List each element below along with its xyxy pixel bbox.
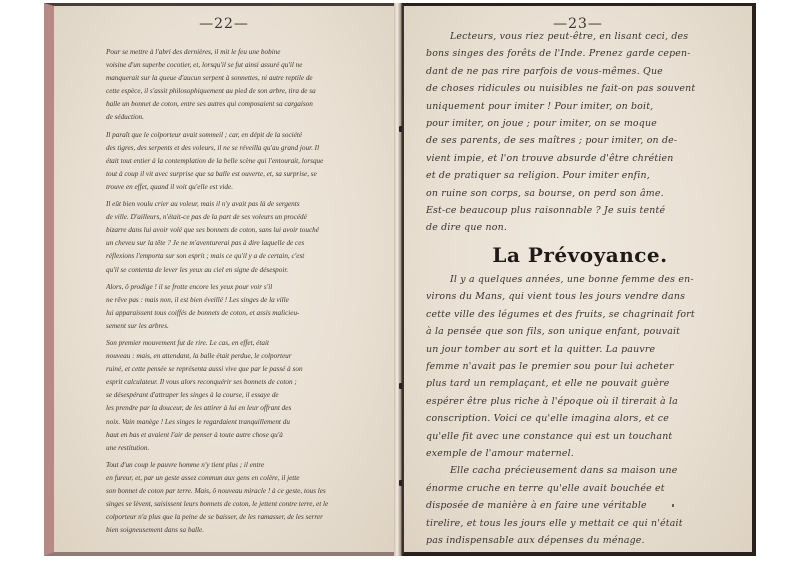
text-line: dant de ne pas rire parfois de vous-même… [426,63,734,80]
text-line: exemple de l'amour maternel. [426,445,734,462]
right-page-text: Lecteurs, vous riez peut-être, en lisant… [426,28,734,549]
text-line: Il paraît que le colporteur avait sommei… [84,129,374,142]
text-line: voisine d'un superbe cocotier, et, lorsq… [84,59,374,72]
text-line: lui apparaissent tous coiffés de bonnets… [84,307,374,320]
text-line: énorme cruche en terre qu'elle avait bou… [426,480,734,497]
paragraph: Il eût bien voulu crier au voleur, mais … [84,198,374,277]
text-line: noix. Vain manège ! Les singes le regard… [84,416,374,429]
text-line: à la pensée que son fils, son unique enf… [426,323,734,340]
open-book: —22— Pour se mettre à l'abri des dernièr… [44,3,756,556]
text-line: singes se lèvent, saisissent leurs bonne… [84,498,374,511]
text-line: en fureur, et, par un geste assez commun… [84,472,374,485]
text-line: Est-ce beaucoup plus raisonnable ? Je su… [426,202,734,219]
text-line: Alors, ô prodige ! il se frotte encore l… [84,281,374,294]
text-line: Il y a quelques années, une bonne femme … [426,271,734,288]
text-line: pour imiter, on joue ; pour imiter, on s… [426,115,734,132]
text-line: haut en bas et avaient l'air de penser à… [84,429,374,442]
paragraph: Tout d'un coup le pauvre homme n'y tient… [84,459,374,538]
text-line: disposée de manière à en faire une vérit… [426,497,734,514]
text-line: de ses parents, de ses maîtres ; pour im… [426,132,734,149]
text-line: Il eût bien voulu crier au voleur, mais … [84,198,374,211]
text-line: femme n'avait pas le premier sou pour lu… [426,358,734,375]
paper-speck [672,504,674,507]
text-line: espérer être plus riche à l'époque où il… [426,393,734,410]
text-line: Pour se mettre à l'abri des dernières, i… [84,46,374,59]
text-line: esprit calculateur. Il vous alors reconq… [84,376,374,389]
text-line: bons singes des forêts de l'Inde. Prenez… [426,45,734,62]
text-line: son bonnet de coton par terre. Mais, ô n… [84,485,374,498]
text-line: plus tard un remplaçant, et elle ne pouv… [426,375,734,392]
text-line: colporteur n'a plus que la peine de se b… [84,511,374,524]
text-line: des tigres, des serpents et des voleurs,… [84,142,374,155]
text-line: bizarre dans lui avoir volé que ses bonn… [84,224,374,237]
text-line: Elle cacha précieusement dans sa maison … [426,462,734,479]
text-line: sement sur les arbres. [84,320,374,333]
text-line: et de pratiquer sa religion. Pour imiter… [426,167,734,184]
chapter-title: La Prévoyance. [426,243,734,267]
text-line: ruiné, et cette pensée se représenta aus… [84,363,374,376]
text-line: tout à coup il vit avec surprise que sa … [84,168,374,181]
text-line: qu'elle fit avec une constance qui est u… [426,428,734,445]
text-line: balle un bonnet de coton, entre ses autr… [84,98,374,111]
paragraph: Pour se mettre à l'abri des dernières, i… [84,46,374,125]
text-line: cette espèce, il s'assit philosophiqueme… [84,85,374,98]
text-line: pas indispensable aux dépenses du ménage… [426,532,734,549]
right-page: —23— Lecteurs, vous riez peut-être, en l… [402,3,756,556]
text-line: uniquement pour imiter ! Pour imiter, on… [426,98,734,115]
left-page-text: Pour se mettre à l'abri des dernières, i… [84,46,374,541]
text-line: on ruine son corps, sa bourse, on perd s… [426,185,734,202]
text-line: de dire que non. [426,219,734,236]
intro-paragraph: Lecteurs, vous riez peut-être, en lisant… [426,28,734,237]
text-line: Son premier mouvement fut de rire. Le ca… [84,337,374,350]
text-line: tirelire, et tous les jours elle y metta… [426,515,734,532]
text-line: Tout d'un coup le pauvre homme n'y tient… [84,459,374,472]
text-line: se désespérant d'attraper les singes à l… [84,389,374,402]
text-line: nouveau : mais, en attendant, la balle é… [84,350,374,363]
text-line: Lecteurs, vous riez peut-être, en lisant… [426,28,734,45]
page-number-left: —22— [54,16,394,32]
text-line: un jour tomber au sort et la quitter. La… [426,341,734,358]
paragraph: Il paraît que le colporteur avait sommei… [84,129,374,194]
text-line: de choses ridicules ou nuisibles ne fait… [426,80,734,97]
paragraph: Son premier mouvement fut de rire. Le ca… [84,337,374,455]
story-text: Il y a quelques années, une bonne femme … [426,271,734,550]
text-line: manquerait sur la queue d'aucun serpent … [84,72,374,85]
text-line: qu'il se contenta de lever les yeux au c… [84,264,374,277]
text-line: de ville. D'ailleurs, n'était-ce pas de … [84,211,374,224]
text-line: vient impie, et l'on trouve absurde d'êt… [426,150,734,167]
text-line: un cheveu sur la tête ? Je ne m'aventure… [84,237,374,250]
text-line: bien soigneusement dans sa balle. [84,524,374,537]
text-line: était tout entier à la contemplation de … [84,155,374,168]
text-line: réflexions l'emporta sur son esprit ; ma… [84,250,374,263]
book-spine [394,3,402,556]
text-line: virons du Mans, qui vient tous les jours… [426,288,734,305]
paragraph: Alors, ô prodige ! il se frotte encore l… [84,281,374,333]
text-line: cette ville des légumes et des fruits, s… [426,306,734,323]
text-line: de séduction. [84,111,374,124]
left-page: —22— Pour se mettre à l'abri des dernièr… [44,3,394,556]
text-line: les prendre par la douceur, de les attir… [84,402,374,415]
text-line: conscription. Voici ce qu'elle imagina a… [426,410,734,427]
text-line: trouve en effet, quand il voit qu'elle e… [84,181,374,194]
text-line: ne rêve pas : mais non, il est bien évei… [84,294,374,307]
text-line: une restitution. [84,442,374,455]
